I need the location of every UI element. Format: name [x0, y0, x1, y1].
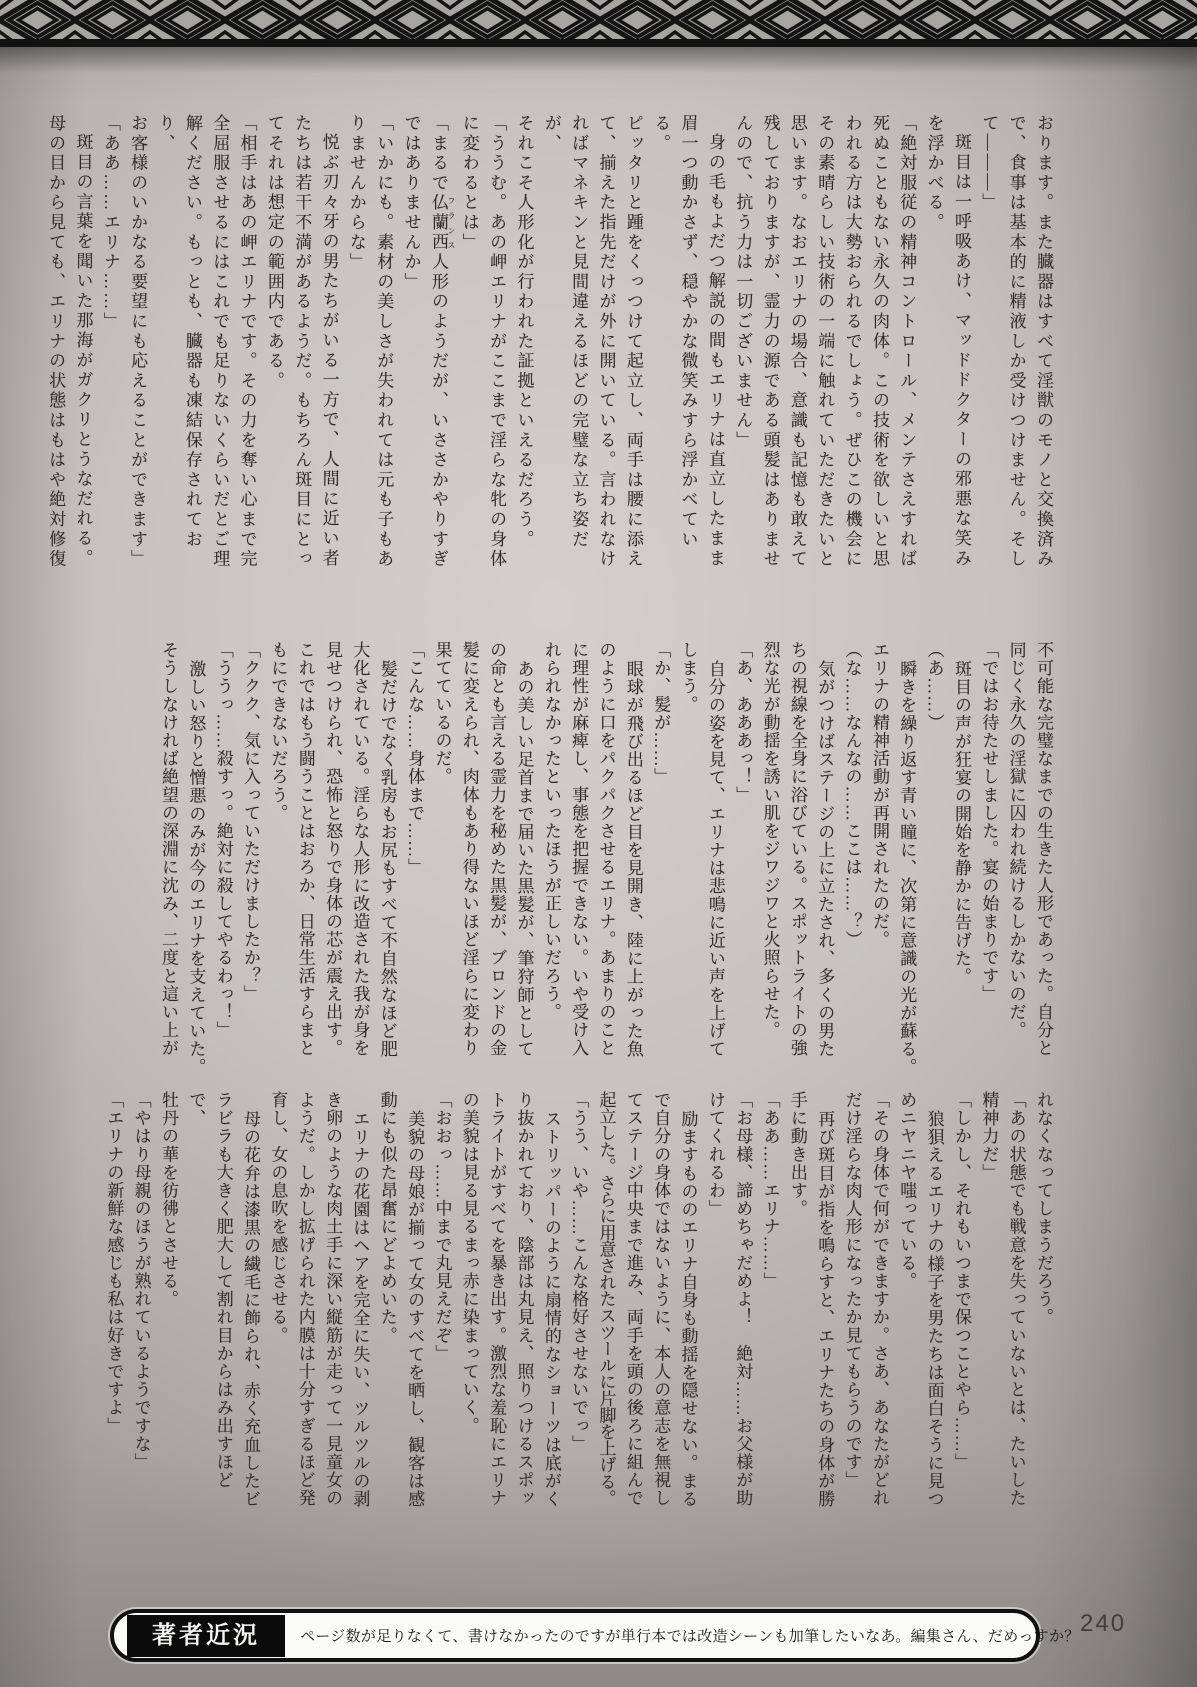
text-column: てそれは想定の範囲内である。	[261, 114, 288, 578]
text-column: 「ああ……エリナ……」	[96, 114, 123, 578]
text-column: て―――」	[975, 114, 1002, 578]
text-column: り抜かれており、陰部は丸見え、照りつけるスポッ	[510, 1091, 537, 1511]
text-column: 髪だけでなく乳房もお尻もすべて不自然なほど肥	[373, 641, 400, 1080]
text-column: れなくなってしまうだろう。	[1030, 1091, 1057, 1511]
text-column: ではありませんか」	[397, 114, 424, 578]
text-column: に変わるとは」	[455, 114, 482, 578]
text-column: 全屈服させるにはこれでも足りないくらいだとご理	[206, 114, 233, 578]
text-column: 斑目は一呼吸あけ、マッドドクターの邪悪な笑み	[948, 114, 975, 597]
text-column: 烈な光が動揺を誘い肌をジワジワと火照らせた。	[756, 641, 783, 1061]
text-column: 「やはり母親のほうが熟れているようですな」	[127, 1091, 154, 1511]
author-note-text: ページ数が足りなくて、書けなかったのですが単行本では改造シーンも加筆したいなあ。…	[300, 1625, 1080, 1646]
text-column: もにできないだろう。	[264, 641, 291, 1061]
text-column: 不可能な完璧なまでの生きた人形であった。自分と	[1030, 641, 1057, 1061]
text-column: てステージ中央まで進み、両手を頭の後ろに組んで	[620, 1091, 647, 1511]
text-column: その素晴らしい技術の一端に触れていただきたいと	[811, 114, 838, 578]
text-column: で、食事は基本的に精液しか受けつけません。そし	[1002, 114, 1029, 578]
page-number: 240	[1080, 1610, 1126, 1638]
text-column: 再び斑目が指を鳴らすと、エリナたちの身体が勝	[811, 1091, 838, 1530]
text-column: 「ではお待たせしました。宴の始まりです」	[975, 641, 1002, 1061]
text-column: 「あ、あああっ！」	[729, 641, 756, 1061]
text-column: 悦ぶ刃々牙の男たちがいる一方で、人間に近い者	[315, 114, 342, 597]
text-column: 眉一つ動かさず、穏やかな微笑みすら浮かべている。	[647, 114, 702, 578]
text-column: 狼狽えるエリナの様子を男たちは面白そうに見つ	[920, 1091, 947, 1530]
text-column: トライトがすべてを暴き出す。激烈な羞恥にエリナ	[483, 1091, 510, 1511]
text-column: ストリッパーのように扇情的なショーツは底がく	[537, 1091, 564, 1530]
text-column: 大化されている。淫らな人形に改造された我が身を	[346, 641, 373, 1061]
text-column: たちは若干不満があるようだ。もちろん斑目にとっ	[288, 114, 315, 578]
text-column: 「相手はあの岬エリナです。その力を奪い心まで完	[233, 114, 260, 578]
author-note-label: 著者近況	[127, 1615, 285, 1657]
text-column: 「絶対服従の精神コントロール、メンテさえすれば	[893, 114, 920, 578]
text-column: 美貌の母娘が揃って女のすべてを晒し、観客は感	[401, 1091, 428, 1530]
text-column: 斑目の声が狂宴の開始を静かに告げた。	[948, 641, 975, 1080]
text-column: を浮かべる。	[920, 114, 947, 578]
text-column: 「ククク、気に入っていただけましたか？」	[237, 641, 264, 1061]
text-band-top: おります。また臓器はすべて淫獣のモノと交換済みで、食事は基本的に精液しか受けつけ…	[42, 114, 1057, 578]
text-column: ればマネキンと見間違えるほどの完璧な立ち姿だが、	[537, 114, 592, 578]
text-column: （な……なんなの……ここは……？）	[838, 641, 865, 1061]
text-column: けてくれるわ」	[702, 1091, 729, 1511]
text-column: て、揃えた指先だけが外に開いている。言われなけ	[592, 114, 619, 578]
text-column: 解ください。もっとも、臓器も凍結保存されており、	[151, 114, 206, 578]
text-column: りませんからな」	[343, 114, 370, 578]
text-column: お客様のいかなる要望にも応えることができます」	[124, 114, 151, 578]
text-column: これではもう闘うことはおろか、日常生活すらまと	[291, 641, 318, 1061]
text-column: 激しい怒りと憎悪のみが今のエリナを支えていた。	[182, 641, 209, 1080]
text-column: われる方は大勢おられるでしょう。ぜひこの機会に	[838, 114, 865, 578]
text-column: 死ぬこともない永久の肉体。この技術を欲しいと思	[866, 114, 893, 578]
text-column: ラビラも大きく肥大して割れ目からはみ出すほどで、	[182, 1091, 237, 1511]
text-column: エリナの花園はヘアを完全に失い、ツルツルの剥	[346, 1091, 373, 1530]
text-column: ちの視線を全身に浴びている。スポットライトの強	[784, 641, 811, 1061]
text-column: のように口をパクパクさせるエリナ。あまりのこと	[592, 641, 619, 1061]
text-column: おります。また臓器はすべて淫獣のモノと交換済み	[1030, 114, 1057, 578]
text-column: 育し、女の息吹を感じさせる。	[264, 1091, 291, 1511]
text-band-bottom: れなくなってしまうだろう。「あの状態でも戦意を失っていないとは、たいした精神力だ…	[100, 1091, 1057, 1511]
author-note-bar: 著者近況 ページ数が足りなくて、書けなかったのですが単行本では改造シーンも加筆し…	[110, 1609, 1040, 1662]
text-column: 牡丹の華を彷彿とさせる。	[155, 1091, 182, 1511]
text-column: 気がつけばステージの上に立たされ、多くの男た	[811, 641, 838, 1080]
text-column: 手に動き出す。	[784, 1091, 811, 1511]
text-column: 「うう、いや……こんな格好させないでっ」	[565, 1091, 592, 1511]
text-column: 斑目の言葉を聞いた那海がガクリとうなだれる。	[69, 114, 96, 597]
text-column: 「お母様、諦めちゃだめよ！ 絶対……お父様が助	[729, 1091, 756, 1511]
text-column: 果てているのだ。	[428, 641, 455, 1061]
text-column: ようだ。しかし拡げられた内膜は十分すぎるほど発	[291, 1091, 318, 1511]
page-background: おります。また臓器はすべて淫獣のモノと交換済みで、食事は基本的に精液しか受けつけ…	[0, 0, 1197, 1687]
text-column: それこそ人形化が行われた証拠といえるだろう。	[510, 114, 537, 578]
text-column: 精神力だ」	[975, 1091, 1002, 1511]
text-column: ピッタリと踵をくっつけて起立し、両手は腰に添え	[620, 114, 647, 578]
text-column: しまう。	[674, 641, 701, 1061]
text-column: 瞬きを繰り返す青い瞳に、次第に意識の光が蘇る。	[893, 641, 920, 1080]
text-column: 「いかにも。素材の美しさが失われては元も子もあ	[370, 114, 397, 578]
text-column: エリナの精神活動が再開されたのだ。	[866, 641, 893, 1061]
text-column: 髪に変えられ、肉体もあり得ないほど淫らに変わり	[455, 641, 482, 1061]
text-column: 動にも似た昂奮にどよめいた。	[373, 1091, 400, 1511]
text-column: で自分の身体ではないように、本人の意志を無視し	[647, 1091, 674, 1511]
text-column: に理性が麻痺し、事態を把握できない。いや受け入	[565, 641, 592, 1061]
text-column: 「しかし、それもいつまで保つことやら……」	[948, 1091, 975, 1511]
text-column: の命とも言える霊力を秘めた黒髪が、ブロンドの金	[483, 641, 510, 1061]
text-column: 見せつけられ、恐怖と怒りで身体の芯が震え出す。	[319, 641, 346, 1061]
text-column: めニヤニヤ嗤っている。	[893, 1091, 920, 1511]
text-column: 「こんな……身体まで……」	[401, 641, 428, 1061]
text-column: 身の毛もよだつ解説の間もエリナは直立したまま	[702, 114, 729, 597]
text-column: 「その身体で何ができますか。さあ、あなたがどれ	[866, 1091, 893, 1511]
text-column: の美貌は見る見るまっ赤に染まっていく。	[455, 1091, 482, 1511]
text-column: 思います。なおエリナの場合、意識も記憶も敢えて	[784, 114, 811, 578]
text-column: 「ううっ……殺すっ。絶対に殺してやるわっ！」	[209, 641, 236, 1061]
text-column: き卵のような肉土手に深い縦筋が走って一見童女の	[319, 1091, 346, 1511]
text-column: だけ淫らな肉人形になったか見てもらうのです」	[838, 1091, 865, 1511]
text-column: （あ……）	[920, 641, 947, 1061]
text-column: 自分の姿を見て、エリナは悲鳴に近い声を上げて	[702, 641, 729, 1080]
text-column: れられなかったといったほうが正しいだろう。	[537, 641, 564, 1061]
text-column: 「エリナの新鮮な感じも私は好きですよ」	[100, 1091, 127, 1511]
text-column: 「まるで仏蘭西フランス人形のようだが、いささかやりすぎ	[425, 114, 456, 578]
text-column: 「ううむ。あの岬エリナがここまで淫らな牝の身体	[483, 114, 510, 578]
text-column: んので、抗う力は一切ございません」	[729, 114, 756, 578]
text-column: 母の花弁は漆黒の繊毛に飾られ、赤く充血したビ	[237, 1091, 264, 1530]
text-column: 眼球が飛び出るほど目を見開き、陸に上がった魚	[620, 641, 647, 1080]
border-shadow	[0, 47, 1197, 73]
text-column: 「か、髪が……」	[647, 641, 674, 1061]
text-band-middle: 不可能な完璧なまでの生きた人形であった。自分と同じく永久の淫獄に囚われ続けるしか…	[155, 641, 1057, 1061]
text-column: 同じく永久の淫獄に囚われ続けるしかないのだ。	[1002, 641, 1029, 1061]
text-column: 起立した。さらに用意されたスツールに片脚を上げる。	[592, 1091, 619, 1511]
text-column: 母の目から見ても、エリナの状態はもはや絶対修復	[42, 114, 69, 578]
text-column: そうしなければ絶望の深淵に沈み、二度と這い上が	[155, 641, 182, 1061]
text-column: あの美しい足首まで届いた黒髪が、筆狩師として	[510, 641, 537, 1080]
text-column: 「ああ……エリナ……」	[756, 1091, 783, 1511]
text-column: 残しておりますが、霊力の源である頭髪はありませ	[756, 114, 783, 578]
text-column: 「おおっ……中まで丸見えだぞ」	[428, 1091, 455, 1511]
text-column: 「あの状態でも戦意を失っていないとは、たいした	[1002, 1091, 1029, 1511]
text-column: 励ますもののエリナ自身も動揺を隠せない。まる	[674, 1091, 701, 1530]
decorative-border-pattern	[0, 0, 1197, 47]
